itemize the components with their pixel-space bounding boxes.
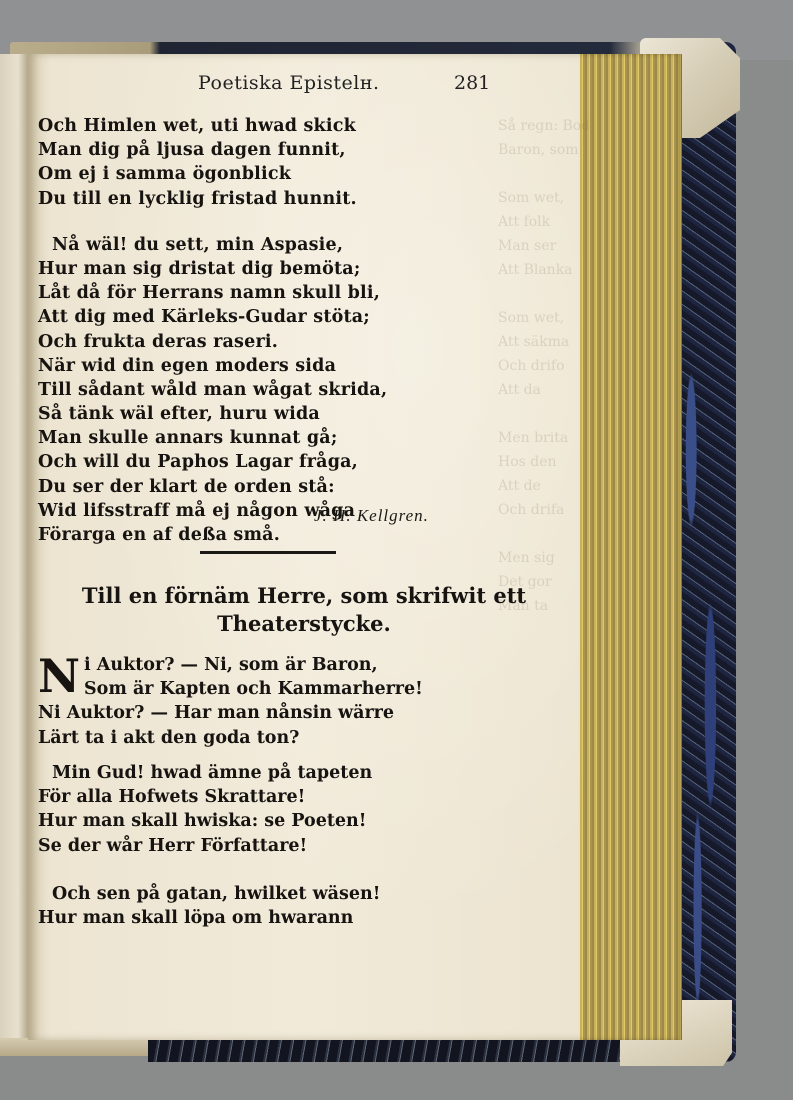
verse-line: Och Himlen wet, uti hwad skick xyxy=(38,114,558,138)
verse-line: Hur man skall löpa om hwarann xyxy=(38,907,558,931)
verse-line: När wid din egen moders sida xyxy=(38,354,558,378)
verse-line: Så tänk wäl efter, huru wida xyxy=(38,402,558,426)
previous-page-edge xyxy=(0,54,30,1038)
marbled-cover-bottom-edge xyxy=(148,1040,648,1062)
page-number: 281 xyxy=(454,72,490,94)
verse-line: Till sådant wåld man wågat skrida, xyxy=(38,378,558,402)
section-divider-rule xyxy=(200,551,336,554)
verse-line: Hur man sig dristat dig bemöta; xyxy=(38,257,558,281)
verse-line: Du till en lycklig fristad hunnit. xyxy=(38,187,558,211)
verse-line: Att dig med Kärleks-Gudar stöta; xyxy=(38,305,558,329)
book-page: Så regn: Bod Baron, som Som wet, Att fol… xyxy=(28,54,580,1040)
poem-title-line-2: Theaterstycke. xyxy=(38,610,570,638)
verse-line: Lärt ta i akt den goda ton? xyxy=(38,727,558,751)
verse-line: Nå wäl! du sett, min Aspasie, xyxy=(38,233,558,257)
verse-line: i Auktor? — Ni, som är Baron, xyxy=(38,654,558,678)
author-signature: J. H. Kellgren. xyxy=(314,506,429,526)
running-title: Poetiska Epistelн. xyxy=(198,72,380,94)
verse-line: Man dig på ljusa dagen funnit, xyxy=(38,138,558,162)
verse-line: Wid lifsstraff må ej någon wåga xyxy=(38,499,558,523)
verse-line: Om ej i samma ögonblick xyxy=(38,162,558,186)
verse-line: Ni Auktor? — Har man nånsin wärre xyxy=(38,702,558,726)
verse-line: För alla Hofwets Skrattare! xyxy=(38,786,558,810)
poem-title-line-1: Till en förnäm Herre, som skrifwit ett xyxy=(38,582,570,610)
verse-line: Hur man skall hwiska: se Poeten! xyxy=(38,810,558,834)
verse-line: Du ser der klart de orden stå: xyxy=(38,475,558,499)
drop-cap: N xyxy=(38,656,80,696)
verse-line: Låt då för Herrans namn skull bli, xyxy=(38,281,558,305)
poem-stanzas-2-3: Min Gud! hwad ämne på tapeten För alla H… xyxy=(38,762,558,931)
page-header: Poetiska Epistelн. 281 xyxy=(198,72,528,102)
verse-line: Se der wår Herr Författare! xyxy=(38,835,558,859)
poem-stanza-1: N i Auktor? — Ni, som är Baron, Som är K… xyxy=(38,654,558,751)
verse-line: Förarga en af deßa små. xyxy=(38,523,558,547)
verse-line: Och sen på gatan, hwilket wäsen! xyxy=(38,883,558,907)
verse-line: Min Gud! hwad ämne på tapeten xyxy=(38,762,558,786)
gilt-page-edges xyxy=(578,54,682,1040)
poem-epistle-verses: Och Himlen wet, uti hwad skick Man dig p… xyxy=(38,114,558,547)
verse-line: Och frukta deras raseri. xyxy=(38,330,558,354)
verse-line: Och will du Paphos Lagar fråga, xyxy=(38,450,558,474)
verse-line: Som är Kapten och Kammarherre! xyxy=(38,678,558,702)
poem-title: Till en förnäm Herre, som skrifwit ett T… xyxy=(38,582,570,638)
verse-line: Man skulle annars kunnat gå; xyxy=(38,426,558,450)
